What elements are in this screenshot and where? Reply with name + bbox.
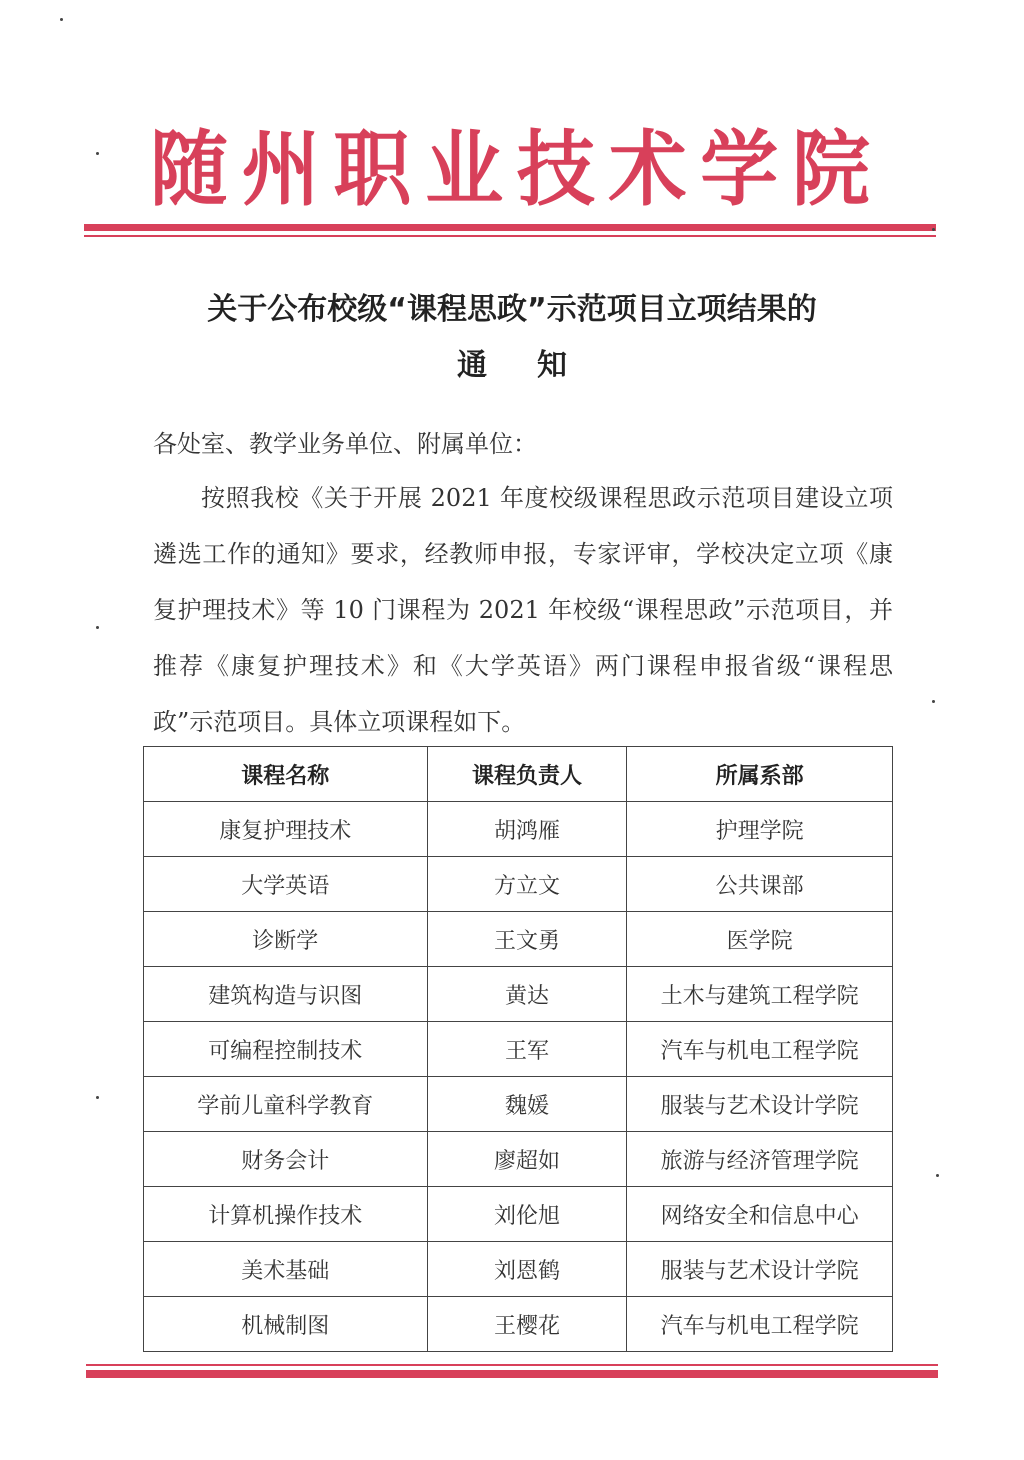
salutation: 各处室、教学业务单位、附属单位： xyxy=(153,416,893,472)
course-lead: 黄达 xyxy=(427,967,627,1022)
course-name: 机械制图 xyxy=(144,1297,428,1352)
course-name: 可编程控制技术 xyxy=(144,1022,428,1077)
institution-masthead: 随 州 职 业 技 术 学 院 xyxy=(150,118,870,208)
department: 公共课部 xyxy=(627,857,893,912)
header-divider-thin xyxy=(84,235,936,237)
course-lead: 廖超如 xyxy=(427,1132,627,1187)
table-row: 诊断学 王文勇 医学院 xyxy=(144,912,893,967)
department: 汽车与机电工程学院 xyxy=(627,1022,893,1077)
course-lead: 王军 xyxy=(427,1022,627,1077)
course-table: 课程名称 课程负责人 所属系部 康复护理技术 胡鸿雁 护理学院 大学英语 方立文… xyxy=(143,746,893,1352)
course-lead: 魏媛 xyxy=(427,1077,627,1132)
masthead-char: 随 xyxy=(150,104,228,222)
masthead-char: 州 xyxy=(242,104,320,222)
course-name: 财务会计 xyxy=(144,1132,428,1187)
notice-title-suffix: 通知 xyxy=(0,340,1024,384)
footer-divider-thick xyxy=(86,1370,938,1378)
table-row: 建筑构造与识图 黄达 土木与建筑工程学院 xyxy=(144,967,893,1022)
masthead-char: 业 xyxy=(425,104,503,222)
footer-divider-thin xyxy=(86,1364,938,1366)
department: 护理学院 xyxy=(627,802,893,857)
masthead-char: 职 xyxy=(333,104,411,222)
masthead-char: 学 xyxy=(700,104,778,222)
course-lead: 刘伦旭 xyxy=(427,1187,627,1242)
course-name: 大学英语 xyxy=(144,857,428,912)
department: 汽车与机电工程学院 xyxy=(627,1297,893,1352)
course-lead: 刘恩鹤 xyxy=(427,1242,627,1297)
table-row: 美术基础 刘恩鹤 服装与艺术设计学院 xyxy=(144,1242,893,1297)
course-lead: 王文勇 xyxy=(427,912,627,967)
department: 旅游与经济管理学院 xyxy=(627,1132,893,1187)
header-course-name: 课程名称 xyxy=(144,747,428,802)
header-course-lead: 课程负责人 xyxy=(427,747,627,802)
table-row: 机械制图 王樱花 汽车与机电工程学院 xyxy=(144,1297,893,1352)
department: 医学院 xyxy=(627,912,893,967)
header-divider-thick xyxy=(84,224,936,231)
table-row: 财务会计 廖超如 旅游与经济管理学院 xyxy=(144,1132,893,1187)
masthead-char: 院 xyxy=(792,104,870,222)
course-name: 康复护理技术 xyxy=(144,802,428,857)
table-row: 康复护理技术 胡鸿雁 护理学院 xyxy=(144,802,893,857)
body-paragraph: 按照我校《关于开展 2021 年度校级课程思政示范项目建设立项遴选工作的通知》要… xyxy=(153,470,893,750)
scan-speck xyxy=(936,1174,939,1177)
scan-speck xyxy=(96,1096,99,1099)
scan-speck xyxy=(96,152,99,155)
notice-title: 关于公布校级“课程思政”示范项目立项结果的 xyxy=(0,284,1024,328)
course-lead: 王樱花 xyxy=(427,1297,627,1352)
table-row: 可编程控制技术 王军 汽车与机电工程学院 xyxy=(144,1022,893,1077)
course-name: 建筑构造与识图 xyxy=(144,967,428,1022)
scan-speck xyxy=(932,700,935,703)
table-row: 学前儿童科学教育 魏媛 服装与艺术设计学院 xyxy=(144,1077,893,1132)
header-department: 所属系部 xyxy=(627,747,893,802)
course-lead: 胡鸿雁 xyxy=(427,802,627,857)
scan-speck xyxy=(96,626,99,629)
department: 服装与艺术设计学院 xyxy=(627,1077,893,1132)
course-name: 计算机操作技术 xyxy=(144,1187,428,1242)
course-name: 学前儿童科学教育 xyxy=(144,1077,428,1132)
scan-speck xyxy=(60,18,63,21)
masthead-char: 技 xyxy=(517,104,595,222)
masthead-char: 术 xyxy=(609,104,687,222)
table-row: 计算机操作技术 刘伦旭 网络安全和信息中心 xyxy=(144,1187,893,1242)
course-name: 美术基础 xyxy=(144,1242,428,1297)
department: 服装与艺术设计学院 xyxy=(627,1242,893,1297)
department: 网络安全和信息中心 xyxy=(627,1187,893,1242)
table-row: 大学英语 方立文 公共课部 xyxy=(144,857,893,912)
scan-speck xyxy=(932,228,935,231)
department: 土木与建筑工程学院 xyxy=(627,967,893,1022)
course-lead: 方立文 xyxy=(427,857,627,912)
table-header-row: 课程名称 课程负责人 所属系部 xyxy=(144,747,893,802)
course-name: 诊断学 xyxy=(144,912,428,967)
